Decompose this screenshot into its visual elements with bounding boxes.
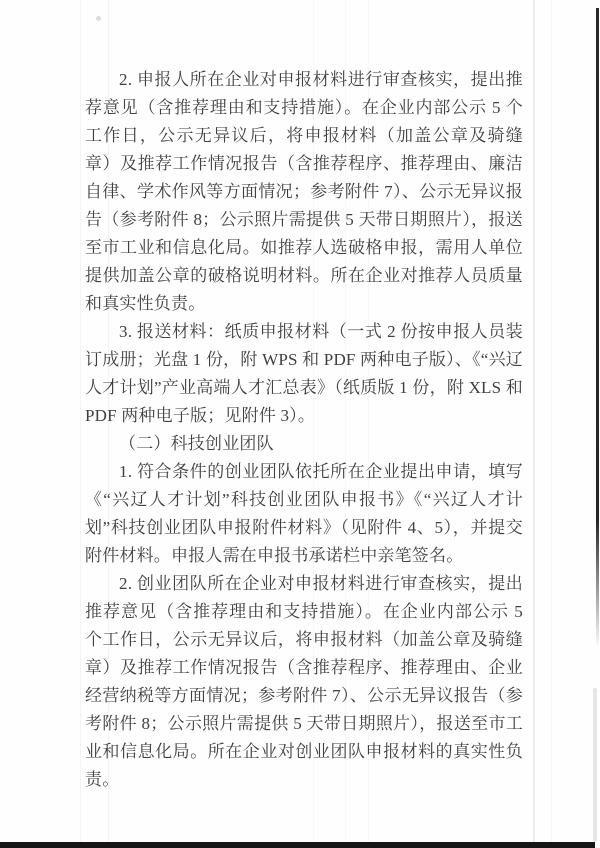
document-page: 2. 申报人所在企业对申报材料进行审查核实，提出推荐意见（含推荐理由和支持措施）… bbox=[0, 0, 600, 848]
scan-right-shadow bbox=[593, 688, 597, 842]
scan-fold-line bbox=[551, 0, 552, 848]
text-block: 2. 申报人所在企业对申报材料进行审查核实，提出推荐意见（含推荐理由和支持措施）… bbox=[85, 66, 523, 794]
scan-speck bbox=[96, 16, 101, 21]
scan-fold-line bbox=[533, 0, 535, 848]
paragraph-team-application: 1. 符合条件的创业团队依托所在企业提出申请，填写《“兴辽人才计划”科技创业团队… bbox=[85, 458, 523, 570]
paragraph-team-review: 2. 创业团队所在企业对申报材料进行审查核实，提出推荐意见（含推荐理由和支持措施… bbox=[85, 570, 523, 794]
paragraph-submission-materials: 3. 报送材料：纸质申报材料（一式 2 份按申报人员装订成册；光盘 1 份，附 … bbox=[85, 318, 523, 430]
scan-bottom-edge bbox=[0, 842, 595, 848]
scan-fold-line bbox=[80, 0, 81, 848]
scan-right-edge bbox=[596, 8, 599, 648]
paragraph-recommendation-review: 2. 申报人所在企业对申报材料进行审查核实，提出推荐意见（含推荐理由和支持措施）… bbox=[85, 66, 523, 318]
section-heading-tech-startup-team: （二）科技创业团队 bbox=[85, 430, 523, 458]
